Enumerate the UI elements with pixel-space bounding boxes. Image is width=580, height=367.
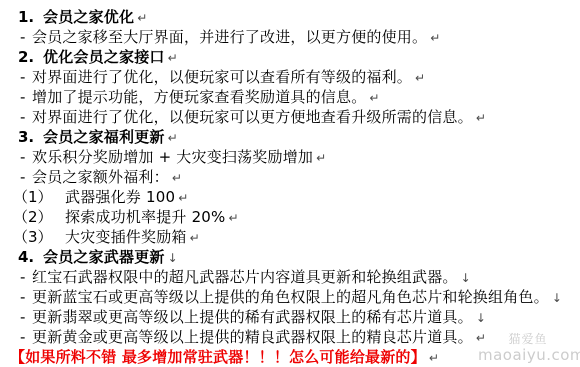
benefit-text: 大灾变插件奖励箱 xyxy=(65,228,187,246)
heading-text: 优化会员之家接口 xyxy=(43,48,165,66)
bullet-line: -红宝石武器权限中的超凡武器芯片内容道具更新和轮换组武器。↓ xyxy=(0,267,580,287)
dash-marker: - xyxy=(20,27,32,47)
paragraph-mark-icon: ↵ xyxy=(430,31,440,45)
bullet-text: 红宝石武器权限中的超凡武器芯片内容道具更新和轮换组武器。 xyxy=(32,268,458,286)
paragraph-mark-icon: ↵ xyxy=(168,131,178,145)
section-heading: 3.会员之家福利更新↵ xyxy=(0,127,580,147)
paragraph-mark-icon: ↵ xyxy=(137,11,147,25)
bullet-text: 对界面进行了优化，以便玩家可以更方便地查看升级所需的信息。 xyxy=(32,108,473,126)
list-number-marker: 2. xyxy=(18,47,43,67)
list-number-marker: 4. xyxy=(18,247,43,267)
bullet-text: 增加了提示功能，方便玩家查看奖励道具的信息。 xyxy=(32,88,366,106)
dash-marker: - xyxy=(20,267,32,287)
list-number-marker: 3. xyxy=(18,127,43,147)
bullet-text: 欢乐积分奖励增加 + 大灾变扫荡奖励增加 xyxy=(32,148,313,166)
dash-marker: - xyxy=(20,107,32,127)
bullet-line: -更新黄金或更高等级以上提供的精良武器权限上的精良芯片道具。↵ xyxy=(0,327,580,347)
section-heading: 1.会员之家优化↵ xyxy=(0,7,580,27)
section-heading: 2.优化会员之家接口↵ xyxy=(0,47,580,67)
bullet-text: 会员之家额外福利： xyxy=(32,168,169,186)
paren-number-marker: （3） xyxy=(13,227,65,247)
numbered-benefit-line: （3）大灾变插件奖励箱↵ xyxy=(0,227,580,247)
paragraph-mark-icon: ↵ xyxy=(172,171,182,185)
numbered-benefit-line: （1）武器强化券 100↵ xyxy=(0,187,580,207)
dash-marker: - xyxy=(20,287,32,307)
dash-marker: - xyxy=(20,167,32,187)
heading-text: 会员之家福利更新 xyxy=(43,128,165,146)
paragraph-mark-icon: ↵ xyxy=(229,211,239,225)
line-break-mark-icon: ↓ xyxy=(461,271,471,285)
bullet-text: 更新黄金或更高等级以上提供的精良武器权限上的精良芯片道具。 xyxy=(32,328,473,346)
paragraph-mark-icon: ↵ xyxy=(415,71,425,85)
paragraph-mark-icon: ↵ xyxy=(476,111,486,125)
bullet-line: -对界面进行了优化，以便玩家可以更方便地查看升级所需的信息。↵ xyxy=(0,107,580,127)
bullet-line: -更新翡翠或更高等级以上提供的稀有武器权限上的稀有芯片道具。↓ xyxy=(0,307,580,327)
paren-number-marker: （2） xyxy=(13,207,65,227)
highlight-note-text: 【如果所料不错 最多增加常驻武器！！！怎么可能给最新的】 xyxy=(10,348,426,366)
bullet-text: 更新蓝宝石或更高等级以上提供的角色权限上的超凡角色芯片和轮换组角色。 xyxy=(32,288,549,306)
dash-marker: - xyxy=(20,147,32,167)
dash-marker: - xyxy=(20,327,32,347)
bullet-text: 对界面进行了优化，以便玩家可以查看所有等级的福利。 xyxy=(32,68,412,86)
line-break-mark-icon: ↓ xyxy=(476,311,486,325)
line-break-mark-icon: ↓ xyxy=(552,291,562,305)
paragraph-mark-icon: ↵ xyxy=(190,231,200,245)
line-break-mark-icon: ↓ xyxy=(168,251,178,265)
bullet-line: -对界面进行了优化，以便玩家可以查看所有等级的福利。↵ xyxy=(0,67,580,87)
dash-marker: - xyxy=(20,307,32,327)
bullet-line: -更新蓝宝石或更高等级以上提供的角色权限上的超凡角色芯片和轮换组角色。↓ xyxy=(0,287,580,307)
paragraph-mark-icon: ↵ xyxy=(316,151,326,165)
paren-number-marker: （1） xyxy=(13,187,65,207)
bullet-line: -增加了提示功能，方便玩家查看奖励道具的信息。↵ xyxy=(0,87,580,107)
section-heading: 4.会员之家武器更新↓ xyxy=(0,247,580,267)
patch-notes-document: 1.会员之家优化↵ -会员之家移至大厅界面，并进行了改进，以更方便的使用。↵ 2… xyxy=(0,0,580,367)
paragraph-mark-icon: ↵ xyxy=(429,351,439,365)
highlight-note-line: 【如果所料不错 最多增加常驻武器！！！怎么可能给最新的】↵ xyxy=(0,347,580,367)
benefit-text: 探索成功机率提升 20% xyxy=(65,208,226,226)
dash-marker: - xyxy=(20,87,32,107)
bullet-line: -会员之家额外福利：↵ xyxy=(0,167,580,187)
paragraph-mark-icon: ↵ xyxy=(178,191,188,205)
bullet-text: 会员之家移至大厅界面，并进行了改进，以更方便的使用。 xyxy=(32,28,427,46)
heading-text: 会员之家优化 xyxy=(43,8,134,26)
bullet-text: 更新翡翠或更高等级以上提供的稀有武器权限上的稀有芯片道具。 xyxy=(32,308,473,326)
list-number-marker: 1. xyxy=(18,7,43,27)
bullet-line: -会员之家移至大厅界面，并进行了改进，以更方便的使用。↵ xyxy=(0,27,580,47)
heading-text: 会员之家武器更新 xyxy=(43,248,165,266)
numbered-benefit-line: （2）探索成功机率提升 20%↵ xyxy=(0,207,580,227)
bullet-line: -欢乐积分奖励增加 + 大灾变扫荡奖励增加↵ xyxy=(0,147,580,167)
paragraph-mark-icon: ↵ xyxy=(369,91,379,105)
paragraph-mark-icon: ↵ xyxy=(476,331,486,345)
dash-marker: - xyxy=(20,67,32,87)
paragraph-mark-icon: ↵ xyxy=(168,51,178,65)
benefit-text: 武器强化券 100 xyxy=(65,188,175,206)
